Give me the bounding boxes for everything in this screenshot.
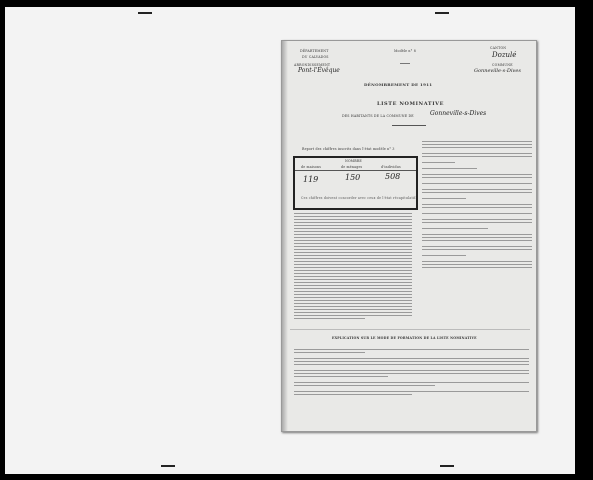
department-label: DÉPARTEMENT [300,49,329,53]
individuals-count: 508 [385,172,400,181]
divider [400,63,410,64]
model-label: Modèle n° 8 [394,49,416,53]
report-caption: Report des chiffres inscrits dans l'état… [302,147,395,151]
explanation-title: EXPLICATION SUR LE MODE DE FORMATION DE … [332,336,477,340]
department-name: DU CALVADOS [302,55,329,59]
column-houses: de maisons [301,165,321,169]
section-divider [290,329,530,330]
registration-mark [161,465,175,467]
column-individuals: d'individus [381,165,401,169]
registration-mark [138,12,152,14]
column-households: de ménages [341,165,362,169]
registration-mark [440,465,454,467]
census-title: DÉNOMBREMENT DE 1911 [364,82,432,87]
commune-handwritten: Gonneville-s-Dives [430,110,486,117]
box-footnote: Ces chiffres doivent concorder avec ceux… [301,196,417,200]
explanation-text [294,349,529,397]
divider [392,125,426,126]
summary-box: NOMBRE de maisons de ménages d'individus… [293,156,418,210]
summary-box-header: NOMBRE de maisons de ménages d'individus [295,158,416,171]
households-count: 150 [345,173,360,182]
arrondissement-name: Pont-l'Évêque [298,67,340,74]
list-subtitle: DES HABITANTS DE LA COMMUNE DE [342,114,414,118]
census-page: DÉPARTEMENT DU CALVADOS ARRONDISSEMENT P… [281,40,537,432]
commune-label: COMMUNE [492,63,513,67]
right-instructions [422,141,532,270]
left-instructions [294,213,412,321]
canton-label: CANTON [490,46,506,50]
registration-mark [435,12,449,14]
list-title: LISTE NOMINATIVE [377,101,444,107]
houses-count: 119 [303,175,318,184]
commune-name-header: Gonneville-s-Dives [474,68,521,74]
canton-name: Dozulé [492,51,516,59]
